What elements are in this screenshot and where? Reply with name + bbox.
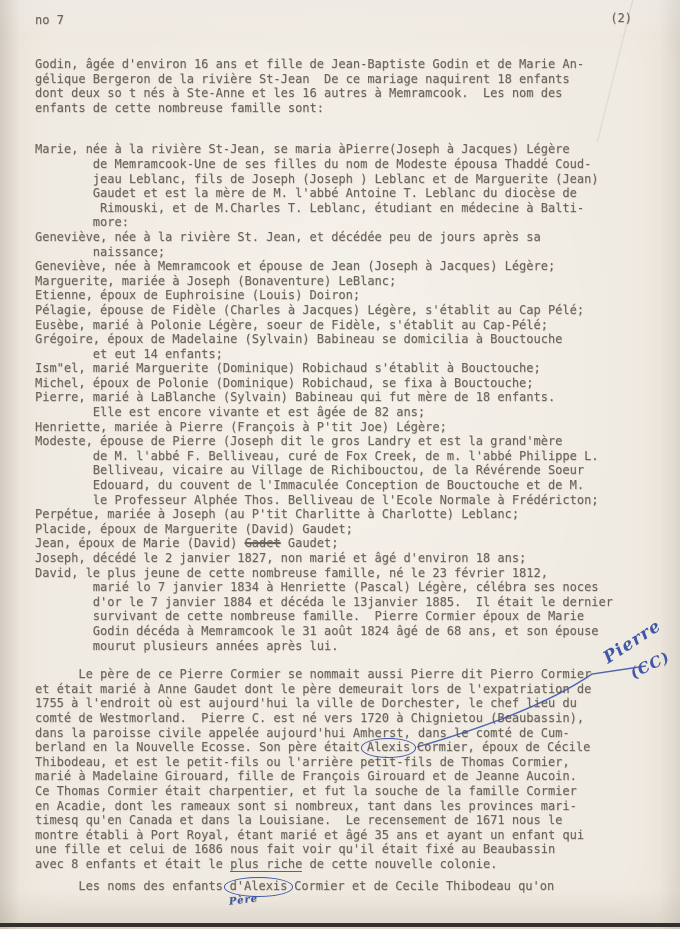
closing-line-block: Les noms des enfants d'AlexisPère Cormie… — [35, 879, 635, 894]
text-line: Edouard, du couvent de l'Immaculée Conce… — [35, 478, 635, 493]
text-line: Ce Thomas Cormier était charpentier, et … — [35, 784, 635, 799]
text-line: Pierre, marié à LaBlanche (Sylvain) Babi… — [35, 390, 635, 405]
text-line: Etienne, époux de Euphroisine (Louis) Do… — [35, 288, 635, 303]
text-line: survivant de cette nombreuse famille. Pi… — [35, 609, 635, 624]
ancestry-paragraph: Le père de ce Pierre Cormier se nommait … — [35, 667, 635, 871]
text-line-with-strikeout: Jean, époux de Marie (David) Gadet Gaude… — [35, 536, 635, 551]
text-segment: Jean, époux de Marie (David) — [35, 536, 245, 550]
text-line: marié à Madelaine Girouard, fille de Fra… — [35, 769, 635, 784]
text-line: 1755 à l'endroit où est aujourd'hui la v… — [35, 696, 635, 711]
text-line: Henriette, mariée à Pierre (François à P… — [35, 420, 635, 435]
text-line: montre établi à Port Royal, étant marié … — [35, 828, 635, 843]
document-body: Godin, âgée d'environ 16 ans et fille de… — [35, 57, 635, 894]
handwritten-pere-note: Père — [228, 893, 259, 911]
text-line: Pélagie, épouse de Fidèle (Charles à Jac… — [35, 303, 635, 318]
document-number: no 7 — [35, 13, 64, 27]
text-line: gélique Bergeron de la rivière St-Jean D… — [35, 72, 635, 87]
text-line: Thibodeau, et est le petit-fils ou l'arr… — [35, 755, 635, 770]
circled-word: Alexis — [367, 740, 410, 754]
text-line: une fille et celui de 1686 nous fait voi… — [35, 842, 635, 857]
text-line: Godin, âgée d'environ 16 ans et fille de… — [35, 57, 635, 72]
text-line: Geneviève, née à Memramcook et épouse de… — [35, 259, 635, 274]
text-line: Geneviève, née à la rivière St. Jean, et… — [35, 230, 635, 245]
text-line: de Memramcook-Une de ses filles du nom d… — [35, 157, 635, 172]
text-line: Joseph, décédé le 2 janvier 1827, non ma… — [35, 551, 635, 566]
text-line: Marguerite, mariée à Joseph (Bonaventure… — [35, 274, 635, 289]
scanned-document-page: no 7 (2) Godin, âgée d'environ 16 ans et… — [0, 0, 680, 929]
text-line: naissance; — [35, 245, 635, 260]
text-segment: de cette nouvelle colonie. — [302, 857, 497, 871]
text-line-with-underline: avec 8 enfants et était le plus riche de… — [35, 857, 635, 872]
text-line: Marie, née à la rivière St-Jean, se mari… — [35, 142, 635, 157]
children-list: Marie, née à la rivière St-Jean, se mari… — [35, 142, 635, 653]
text-line: Michel, époux de Polonie (Dominique) Rob… — [35, 376, 635, 391]
text-line: Gaudet et est la mère de M. l'abbé Antoi… — [35, 186, 635, 201]
text-line: Elle est encore vivante et est âgée de 8… — [35, 405, 635, 420]
text-segment: avec 8 enfants et était le — [35, 857, 230, 871]
text-line: Ism"el, marié Marguerite (Dominique) Rob… — [35, 361, 635, 376]
text-line: David, le plus jeune de cette nombreuse … — [35, 566, 635, 581]
text-line: dont deux so t nés à Ste-Anne et les 16 … — [35, 86, 635, 101]
text-line: comté de Westmorland. Pierre C. est né v… — [35, 711, 635, 726]
text-line: dans la paroisse civile appelée aujourd'… — [35, 726, 635, 741]
circled-word: d'Alexis — [230, 879, 288, 893]
ink-circle-dalexis: d'AlexisPère — [224, 877, 294, 897]
text-line: Placide, époux de Marguerite (David) Gau… — [35, 522, 635, 537]
text-line: en Acadie, dont les rameaux sont si nomb… — [35, 799, 635, 814]
text-line: d'or le 7 janvier 1884 et décéda le 13ja… — [35, 595, 635, 610]
text-line: Godin décéda à Memramcook le 31 août 182… — [35, 624, 635, 639]
ink-circle-alexis: Alexis — [361, 738, 416, 758]
text-line: mourut plusieurs années après lui. — [35, 639, 635, 654]
text-line: enfants de cette nombreuse famille sont: — [35, 101, 635, 116]
intro-paragraph: Godin, âgée d'environ 16 ans et fille de… — [35, 57, 635, 115]
text-line: Grégoire, époux de Madelaine (Sylvain) B… — [35, 332, 635, 347]
text-line-with-ink-circle: Les noms des enfants d'AlexisPère Cormie… — [35, 879, 635, 894]
text-line: et était marié à Anne Gaudet dont le pèr… — [35, 682, 635, 697]
text-segment: berland en la Nouvelle Ecosse. Son père … — [35, 740, 367, 754]
text-line: more: — [35, 215, 635, 230]
text-segment: Cormier, époux de Cécile — [410, 740, 591, 754]
underlined-phrase: plus riche — [230, 857, 302, 872]
text-line: timesq qu'en Canada et dans la Louisiane… — [35, 813, 635, 828]
text-line: Modeste, épouse de Pierre (Joseph dit le… — [35, 434, 635, 449]
text-line: marié lo 7 janvier 1834 à Henriette (Pas… — [35, 580, 635, 595]
scan-edge-bottom — [0, 923, 680, 927]
text-line: Perpétue, mariée à Joseph (au P'tit Char… — [35, 507, 635, 522]
text-line: de M. l'abbé F. Belliveau, curé de Fox C… — [35, 449, 635, 464]
text-line: Belliveau, vicaire au Village de Richibo… — [35, 463, 635, 478]
text-line: et eut 14 enfants; — [35, 347, 635, 362]
text-line: Le père de ce Pierre Cormier se nommait … — [35, 667, 635, 682]
text-line: jeau Leblanc, fils de Joseph (Joseph ) L… — [35, 172, 635, 187]
text-line: le Professeur Alphée Thos. Belliveau de … — [35, 493, 635, 508]
text-line: Rimouski, et de M.Charles T. Leblanc, ét… — [35, 201, 635, 216]
text-segment: Gaudet; — [281, 536, 339, 550]
text-segment: Les noms des enfants — [35, 879, 230, 893]
text-line: Eusèbe, marié à Polonie Légère, soeur de… — [35, 318, 635, 333]
text-line-with-ink-circle: berland en la Nouvelle Ecosse. Son père … — [35, 740, 635, 755]
struck-out-word: Gadet — [245, 536, 281, 550]
text-segment: Cormier et de Cecile Thibodeau qu'on — [287, 879, 554, 893]
